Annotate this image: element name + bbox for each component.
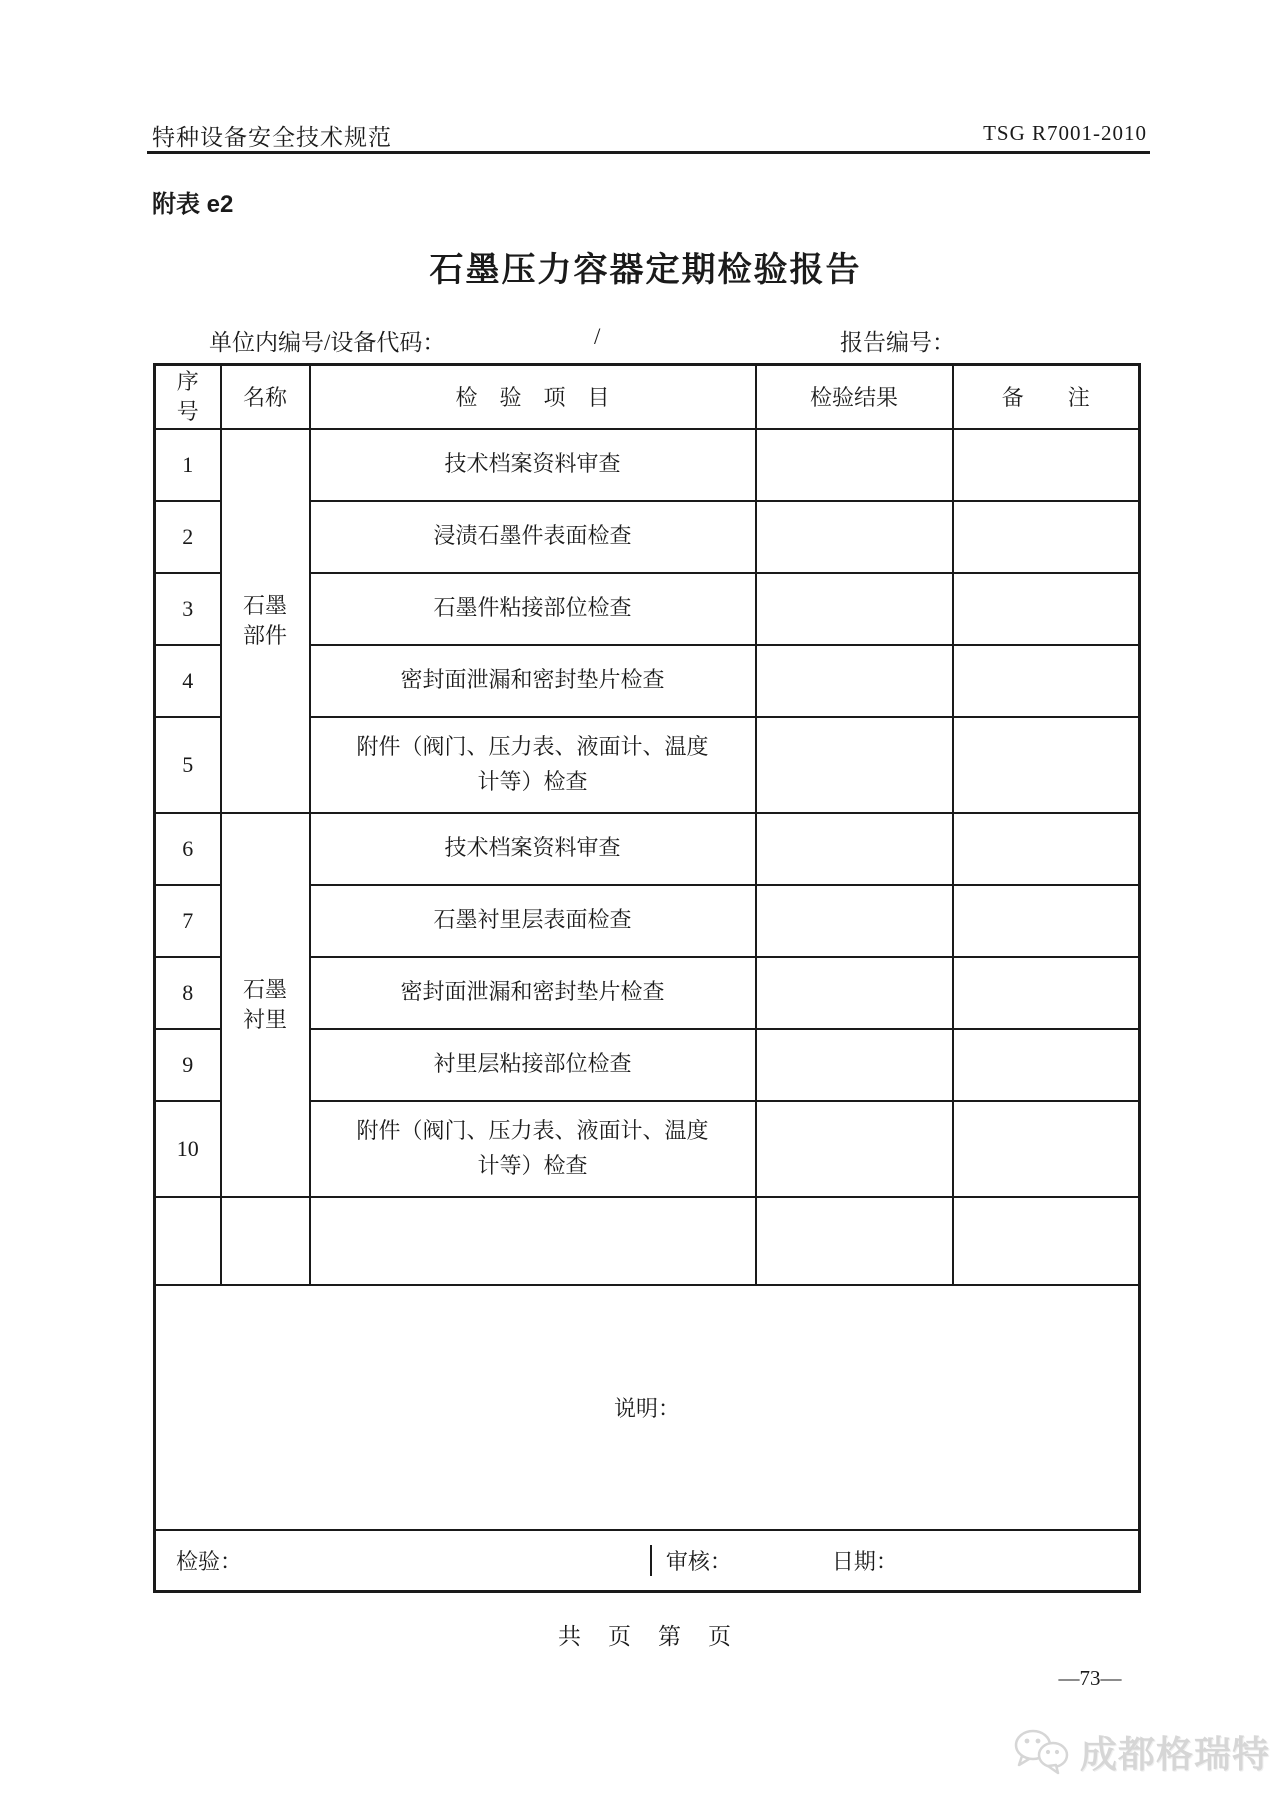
result-cell [756, 1101, 953, 1197]
table-row: 6 石墨 衬里 技术档案资料审查 [155, 813, 1140, 885]
result-cell [756, 501, 953, 573]
row-no [155, 1197, 221, 1285]
row-no: 7 [155, 885, 221, 957]
row-no: 8 [155, 957, 221, 1029]
notes-row: 说明： [155, 1285, 1140, 1530]
appendix-label: 附表 e2 [152, 184, 233, 219]
inspection-item: 技术档案资料审查 [310, 813, 756, 885]
remark-cell [953, 813, 1140, 885]
result-cell [756, 717, 953, 813]
remark-cell [953, 501, 1140, 573]
row-no: 2 [155, 501, 221, 573]
row-no: 4 [155, 645, 221, 717]
inspector-label: 检验： [176, 1545, 242, 1576]
group-name-cell [221, 1197, 310, 1285]
header-no: 序 号 [155, 365, 221, 429]
document-page: 特种设备安全技术规范 TSG R7001-2010 附表 e2 石墨压力容器定期… [0, 0, 1280, 1810]
inspection-item: 浸渍石墨件表面检查 [310, 501, 756, 573]
inspector-cell: 检验： [156, 1545, 652, 1576]
page-number: —73— [1030, 1666, 1150, 1691]
result-cell [756, 957, 953, 1029]
row-no: 6 [155, 813, 221, 885]
inspection-item: 密封面泄漏和密封垫片检查 [310, 645, 756, 717]
result-cell [756, 813, 953, 885]
inspection-item: 石墨衬里层表面检查 [310, 885, 756, 957]
header-rule [147, 151, 1150, 154]
group-name-graphite-lining: 石墨 衬里 [221, 813, 310, 1197]
reviewer-label: 审核： [666, 1545, 732, 1576]
table-row: 1 石墨 部件 技术档案资料审查 [155, 429, 1140, 501]
inspection-item: 附件（阀门、压力表、液面计、温度 计等）检查 [310, 1101, 756, 1197]
table-header-row: 序 号 名称 检 验 项 目 检验结果 备 注 [155, 365, 1140, 429]
review-cell: 审核： 日期： [652, 1545, 1138, 1576]
signature-row: 检验： 审核： 日期： [155, 1530, 1140, 1592]
notes-cell: 说明： [155, 1285, 1140, 1530]
row-no: 3 [155, 573, 221, 645]
result-cell [756, 1197, 953, 1285]
result-cell [756, 429, 953, 501]
table-row-empty [155, 1197, 1140, 1285]
row-no: 5 [155, 717, 221, 813]
date-label: 日期： [832, 1545, 898, 1576]
watermark-text: 成都格瑞特 [1080, 1724, 1270, 1778]
inspection-item [310, 1197, 756, 1285]
unit-code-separator: / [594, 324, 600, 350]
notes-label: 说明： [614, 1396, 680, 1421]
remark-cell [953, 429, 1140, 501]
group-name-graphite-parts: 石墨 部件 [221, 429, 310, 813]
spec-title: 特种设备安全技术规范 [152, 119, 392, 152]
remark-cell [953, 1197, 1140, 1285]
report-no-label: 报告编号： [840, 324, 955, 357]
result-cell [756, 1029, 953, 1101]
remark-cell [953, 645, 1140, 717]
header-result: 检验结果 [756, 365, 953, 429]
meta-line: 单位内编号/设备代码： / 报告编号： [0, 324, 1280, 354]
remark-cell [953, 717, 1140, 813]
result-cell [756, 885, 953, 957]
row-no: 9 [155, 1029, 221, 1101]
remark-cell [953, 957, 1140, 1029]
wechat-logo-icon [1012, 1725, 1074, 1777]
row-no: 10 [155, 1101, 221, 1197]
remark-cell [953, 573, 1140, 645]
header-name: 名称 [221, 365, 310, 429]
result-cell [756, 645, 953, 717]
row-no: 1 [155, 429, 221, 501]
standard-number: TSG R7001-2010 [983, 121, 1147, 146]
inspection-table: 序 号 名称 检 验 项 目 检验结果 备 注 1 石墨 部件 技术档案资料审查… [153, 363, 1141, 1593]
header-item: 检 验 项 目 [310, 365, 756, 429]
report-title: 石墨压力容器定期检验报告 [153, 242, 1138, 291]
inspection-item: 石墨件粘接部位检查 [310, 573, 756, 645]
result-cell [756, 573, 953, 645]
inspection-item: 密封面泄漏和密封垫片检查 [310, 957, 756, 1029]
pagination: 共 页 第 页 [153, 1618, 1138, 1651]
header-remark: 备 注 [953, 365, 1140, 429]
remark-cell [953, 1101, 1140, 1197]
unit-code-label: 单位内编号/设备代码： [209, 324, 445, 357]
inspection-item: 技术档案资料审查 [310, 429, 756, 501]
remark-cell [953, 1029, 1140, 1101]
remark-cell [953, 885, 1140, 957]
inspection-item: 衬里层粘接部位检查 [310, 1029, 756, 1101]
inspection-item: 附件（阀门、压力表、液面计、温度 计等）检查 [310, 717, 756, 813]
watermark: 成都格瑞特 [1012, 1724, 1270, 1778]
